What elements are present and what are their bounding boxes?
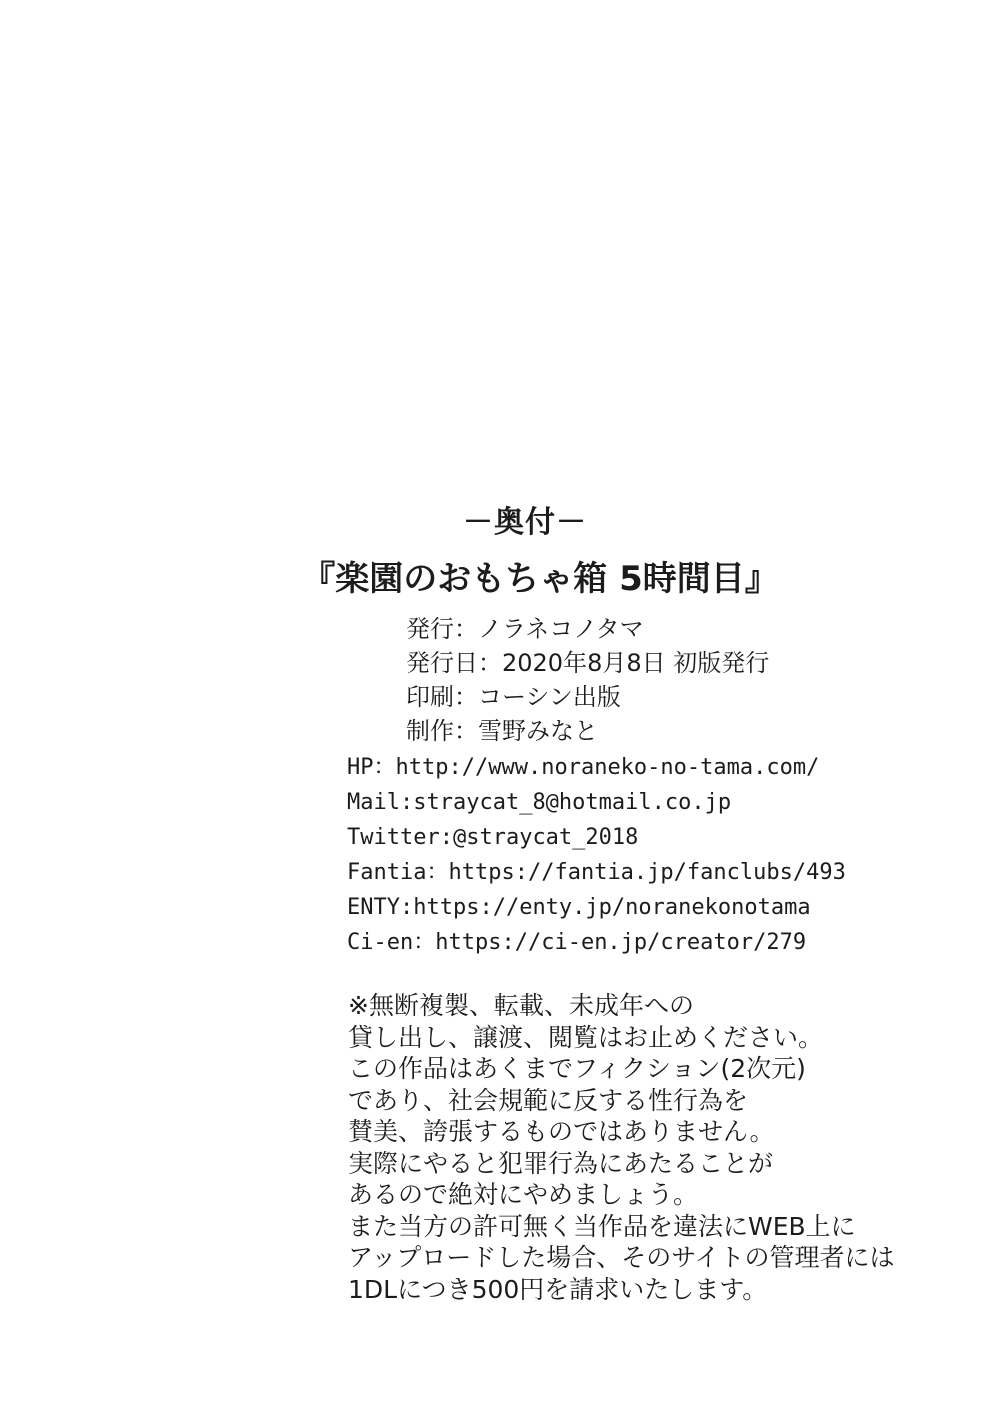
separator: ：: [426, 860, 448, 885]
disclaimer-line: アップロードした場合、そのサイトの管理者には: [348, 1242, 895, 1274]
contact-value-handle: @straycat_2018: [453, 825, 638, 850]
disclaimer-line: また当方の許可無く当作品を違法にWEB上に: [348, 1211, 895, 1243]
contact-row-enty: ENTY:https://enty.jp/noranekonotama: [347, 890, 846, 925]
publisher-label: 印刷: [406, 683, 454, 711]
disclaimer-line: ※無断複製、転載、未成年への: [348, 990, 895, 1022]
separator: ：: [454, 717, 478, 745]
contact-value-url: https://ci-en.jp/creator/279: [435, 930, 806, 955]
separator: :: [400, 895, 413, 920]
disclaimer-line: 1DLにつき500円を請求いたします。: [348, 1274, 895, 1306]
separator: ：: [454, 615, 478, 643]
contact-row-twitter: Twitter:@straycat_2018: [347, 820, 846, 855]
disclaimer-line: あるので絶対にやめましょう。: [348, 1179, 895, 1211]
disclaimer-line: であり、社会規範に反する性行為を: [348, 1085, 895, 1117]
disclaimer-line: この作品はあくまでフィクション(2次元): [348, 1053, 895, 1085]
contact-value-url: https://enty.jp/noranekonotama: [413, 895, 810, 920]
separator: ：: [413, 930, 435, 955]
contact-label: Fantia: [347, 860, 426, 885]
publisher-row-hakkoubi: 発行日：2020年8月8日 初版発行: [406, 646, 769, 680]
publisher-label: 制作: [406, 717, 454, 745]
contact-row-fantia: Fantia：https://fantia.jp/fanclubs/493: [347, 855, 846, 890]
colophon-heading: －奥付－: [25, 497, 1000, 541]
publisher-value: ノラネコノタマ: [478, 615, 644, 643]
publisher-row-insatsu: 印刷：コーシン出版: [406, 680, 769, 714]
separator: :: [400, 790, 413, 815]
publisher-value: 2020年8月8日 初版発行: [502, 649, 769, 677]
contact-row-cien: Ci-en：https://ci-en.jp/creator/279: [347, 925, 846, 960]
contact-label: HP: [347, 755, 374, 780]
colophon-page: －奥付－ 『楽園のおもちゃ箱 5時間目』 発行：ノラネコノタマ 発行日：2020…: [0, 0, 1000, 1412]
separator: ：: [478, 649, 502, 677]
publisher-value: 雪野みなと: [478, 717, 598, 745]
publisher-label: 発行: [406, 615, 454, 643]
disclaimer-line: 実際にやると犯罪行為にあたることが: [348, 1148, 895, 1180]
contact-value-url: http://www.noraneko-no-tama.com/: [396, 755, 820, 780]
book-title: 『楽園のおもちゃ箱 5時間目』: [40, 551, 1000, 600]
separator: :: [440, 825, 453, 850]
contact-label: Twitter: [347, 825, 440, 850]
publisher-value: コーシン出版: [478, 683, 621, 711]
disclaimer-block: ※無断複製、転載、未成年への 貸し出し、譲渡、閲覧はお止めください。 この作品は…: [348, 990, 895, 1305]
contact-value-url: https://fantia.jp/fanclubs/493: [449, 860, 846, 885]
contact-label: ENTY: [347, 895, 400, 920]
separator: ：: [454, 683, 478, 711]
contact-label: Ci-en: [347, 930, 413, 955]
contact-value-email: straycat_8@hotmail.co.jp: [413, 790, 731, 815]
contact-info-block: HP：http://www.noraneko-no-tama.com/ Mail…: [347, 750, 846, 960]
publisher-row-hakkou: 発行：ノラネコノタマ: [406, 612, 769, 646]
publisher-row-seisaku: 制作：雪野みなと: [406, 714, 769, 748]
publisher-info-block: 発行：ノラネコノタマ 発行日：2020年8月8日 初版発行 印刷：コーシン出版 …: [406, 612, 769, 748]
disclaimer-line: 貸し出し、譲渡、閲覧はお止めください。: [348, 1022, 895, 1054]
contact-row-hp: HP：http://www.noraneko-no-tama.com/: [347, 750, 846, 785]
contact-row-mail: Mail:straycat_8@hotmail.co.jp: [347, 785, 846, 820]
disclaimer-line: 賛美、誇張するものではありません。: [348, 1116, 895, 1148]
contact-label: Mail: [347, 790, 400, 815]
separator: ：: [374, 755, 396, 780]
publisher-label: 発行日: [406, 649, 478, 677]
